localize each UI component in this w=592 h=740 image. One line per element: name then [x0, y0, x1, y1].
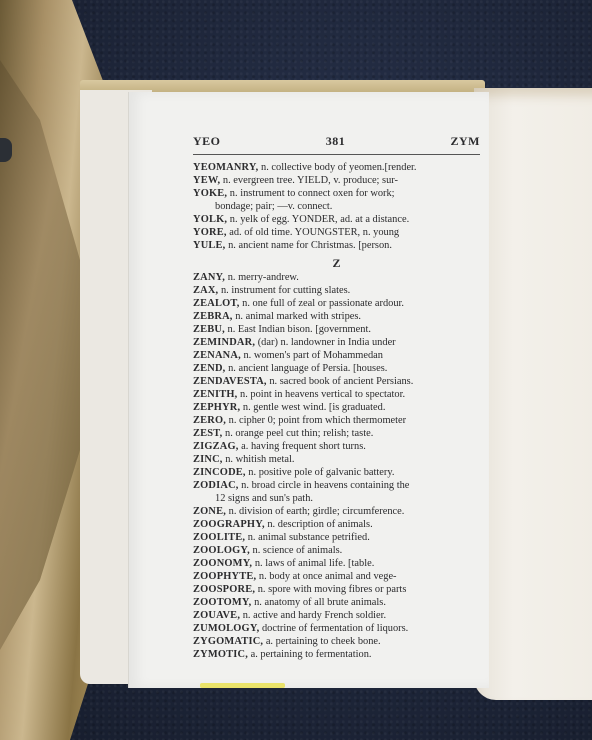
- dictionary-entry: ZINCODE, n. positive pole of galvanic ba…: [193, 466, 480, 479]
- definition: n. ancient language of Persia. [houses.: [225, 363, 387, 374]
- dictionary-entry: ZERO, n. cipher 0; point from which ther…: [193, 414, 480, 427]
- definition: n. body at once animal and vege-: [256, 571, 396, 582]
- y-entries: YEOMANRY, n. collective body of yeomen.[…: [193, 161, 480, 252]
- headword: ZEST,: [193, 428, 222, 439]
- dictionary-entry: ZENANA, n. women's part of Mohammedan: [193, 349, 480, 362]
- dictionary-entry: ZOOLOGY, n. science of animals.: [193, 544, 480, 557]
- definition: n. cipher 0; point from which thermomete…: [226, 415, 406, 426]
- dictionary-entry: ZINC, n. whitish metal.: [193, 453, 480, 466]
- dictionary-entry: YEOMANRY, n. collective body of yeomen.[…: [193, 161, 480, 174]
- section-letter: Z: [193, 257, 480, 270]
- dictionary-entry: ZEST, n. orange peel cut thin; relish; t…: [193, 427, 480, 440]
- dictionary-entry: bondage; pair; —v. connect.: [193, 200, 480, 213]
- dictionary-entry: ZODIAC, n. broad circle in heavens conta…: [193, 479, 480, 492]
- definition: n. point in heavens vertical to spectato…: [237, 389, 405, 400]
- definition: ad. of old time. YOUNGSTER, n. young: [227, 227, 400, 238]
- headword: ZOOSPORE,: [193, 584, 255, 595]
- dictionary-entry: YOLK, n. yelk of egg. YONDER, ad. at a d…: [193, 213, 480, 226]
- headword: ZOOPHYTE,: [193, 571, 256, 582]
- dictionary-entry: ZENITH, n. point in heavens vertical to …: [193, 388, 480, 401]
- headword: ZEBU,: [193, 324, 225, 335]
- dictionary-entry: ZANY, n. merry-andrew.: [193, 271, 480, 284]
- headword: ZEMINDAR,: [193, 337, 255, 348]
- definition: n. anatomy of all brute animals.: [251, 597, 385, 608]
- definition: doctrine of fermentation of liquors.: [259, 623, 408, 634]
- headword: ZOOLITE,: [193, 532, 245, 543]
- definition: n. animal substance petrified.: [245, 532, 370, 543]
- definition: n. collective body of yeomen.[render.: [258, 162, 416, 173]
- headword: YORE,: [193, 227, 227, 238]
- dictionary-entry: ZEND, n. ancient language of Persia. [ho…: [193, 362, 480, 375]
- definition: n. sacred book of ancient Persians.: [267, 376, 414, 387]
- dictionary-entry: ZOOGRAPHY, n. description of animals.: [193, 518, 480, 531]
- headword: ZYMOTIC,: [193, 649, 248, 660]
- dictionary-entry: YORE, ad. of old time. YOUNGSTER, n. you…: [193, 226, 480, 239]
- definition: n. description of animals.: [265, 519, 373, 530]
- dictionary-entry: ZEBU, n. East Indian bison. [government.: [193, 323, 480, 336]
- definition: a. having frequent short turns.: [239, 441, 366, 452]
- definition: (dar) n. landowner in India under: [255, 337, 396, 348]
- dictionary-entry: YEW, n. evergreen tree. YIELD, v. produc…: [193, 174, 480, 187]
- dictionary-entry: ZOONOMY, n. laws of animal life. [table.: [193, 557, 480, 570]
- highlight-mark: [200, 683, 285, 688]
- definition: n. active and hardy French soldier.: [240, 610, 386, 621]
- dictionary-entry: 12 signs and sun's path.: [193, 492, 480, 505]
- dictionary-entry: ZEALOT, n. one full of zeal or passionat…: [193, 297, 480, 310]
- headword: ZEBRA,: [193, 311, 233, 322]
- headword: ZOOTOMY,: [193, 597, 251, 608]
- dictionary-entry: ZYGOMATIC, a. pertaining to cheek bone.: [193, 635, 480, 648]
- right-page-stack: [474, 88, 592, 700]
- headword: ZENANA,: [193, 350, 241, 361]
- dictionary-entry: ZEPHYR, n. gentle west wind. [is graduat…: [193, 401, 480, 414]
- headword: ZYGOMATIC,: [193, 636, 263, 647]
- running-head: YEO 381 ZYM: [193, 134, 480, 155]
- headword: ZODIAC,: [193, 480, 239, 491]
- definition: n. evergreen tree. YIELD, v. produce; su…: [220, 175, 398, 186]
- headword: YEOMANRY,: [193, 162, 258, 173]
- dictionary-entry: ZYMOTIC, a. pertaining to fermentation.: [193, 648, 480, 661]
- definition: n. instrument for cutting slates.: [218, 285, 350, 296]
- dictionary-entry: ZOOTOMY, n. anatomy of all brute animals…: [193, 596, 480, 609]
- dictionary-entry: ZOOSPORE, n. spore with moving fibres or…: [193, 583, 480, 596]
- headword: ZENDAVESTA,: [193, 376, 267, 387]
- headword: ZEND,: [193, 363, 225, 374]
- definition: n. ancient name for Christmas. [person.: [225, 240, 392, 251]
- definition: 12 signs and sun's path.: [215, 493, 313, 504]
- dictionary-entry: ZEBRA, n. animal marked with stripes.: [193, 310, 480, 323]
- headword: YULE,: [193, 240, 225, 251]
- definition: n. whitish metal.: [223, 454, 295, 465]
- z-entries: ZANY, n. merry-andrew.ZAX, n. instrument…: [193, 271, 480, 661]
- definition: n. instrument to connect oxen for work;: [227, 188, 394, 199]
- dictionary-entry: YULE, n. ancient name for Christmas. [pe…: [193, 239, 480, 252]
- headword: ZERO,: [193, 415, 226, 426]
- headword: ZIGZAG,: [193, 441, 239, 452]
- definition: n. orange peel cut thin; relish; taste.: [222, 428, 373, 439]
- definition: a. pertaining to cheek bone.: [263, 636, 380, 647]
- dictionary-entry: ZOOLITE, n. animal substance petrified.: [193, 531, 480, 544]
- headword: ZONE,: [193, 506, 226, 517]
- definition: n. positive pole of galvanic battery.: [246, 467, 395, 478]
- dictionary-entry: ZAX, n. instrument for cutting slates.: [193, 284, 480, 297]
- guide-word-left: YEO: [193, 134, 221, 149]
- headword: ZOONOMY,: [193, 558, 252, 569]
- dictionary-entry: ZEMINDAR, (dar) n. landowner in India un…: [193, 336, 480, 349]
- dictionary-entry: ZIGZAG, a. having frequent short turns.: [193, 440, 480, 453]
- headword: ZEALOT,: [193, 298, 240, 309]
- headword: ZUMOLOGY,: [193, 623, 259, 634]
- definition: a. pertaining to fermentation.: [248, 649, 372, 660]
- headword: ZENITH,: [193, 389, 237, 400]
- page-text: YEO 381 ZYM YEOMANRY, n. collective body…: [193, 134, 480, 661]
- definition: n. science of animals.: [250, 545, 342, 556]
- dictionary-entry: ZONE, n. division of earth; girdle; circ…: [193, 505, 480, 518]
- definition: n. merry-andrew.: [225, 272, 299, 283]
- headword: YEW,: [193, 175, 220, 186]
- definition: n. spore with moving fibres or parts: [255, 584, 406, 595]
- definition: n. laws of animal life. [table.: [252, 558, 374, 569]
- guide-word-right: ZYM: [450, 134, 480, 149]
- definition: n. women's part of Mohammedan: [241, 350, 383, 361]
- dictionary-entry: ZENDAVESTA, n. sacred book of ancient Pe…: [193, 375, 480, 388]
- definition: n. one full of zeal or passionate ardour…: [240, 298, 404, 309]
- headword: ZOOLOGY,: [193, 545, 250, 556]
- cover-gem: [0, 138, 12, 162]
- headword: ZANY,: [193, 272, 225, 283]
- definition: n. animal marked with stripes.: [233, 311, 361, 322]
- headword: ZINC,: [193, 454, 223, 465]
- headword: ZEPHYR,: [193, 402, 240, 413]
- dictionary-entry: YOKE, n. instrument to connect oxen for …: [193, 187, 480, 200]
- headword: YOKE,: [193, 188, 227, 199]
- entries-list: YEOMANRY, n. collective body of yeomen.[…: [193, 161, 480, 661]
- definition: n. division of earth; girdle; circumfere…: [226, 506, 404, 517]
- dictionary-entry: ZOOPHYTE, n. body at once animal and veg…: [193, 570, 480, 583]
- definition: n. broad circle in heavens containing th…: [239, 480, 410, 491]
- headword: ZAX,: [193, 285, 218, 296]
- definition: n. yelk of egg. YONDER, ad. at a distanc…: [227, 214, 409, 225]
- definition: n. East Indian bison. [government.: [225, 324, 371, 335]
- dictionary-entry: ZOUAVE, n. active and hardy French soldi…: [193, 609, 480, 622]
- headword: ZINCODE,: [193, 467, 246, 478]
- headword: ZOUAVE,: [193, 610, 240, 621]
- definition: n. gentle west wind. [is graduated.: [240, 402, 385, 413]
- dictionary-entry: ZUMOLOGY, doctrine of fermentation of li…: [193, 622, 480, 635]
- page-number: 381: [326, 134, 346, 149]
- headword: ZOOGRAPHY,: [193, 519, 265, 530]
- headword: YOLK,: [193, 214, 227, 225]
- definition: bondage; pair; —v. connect.: [215, 201, 332, 212]
